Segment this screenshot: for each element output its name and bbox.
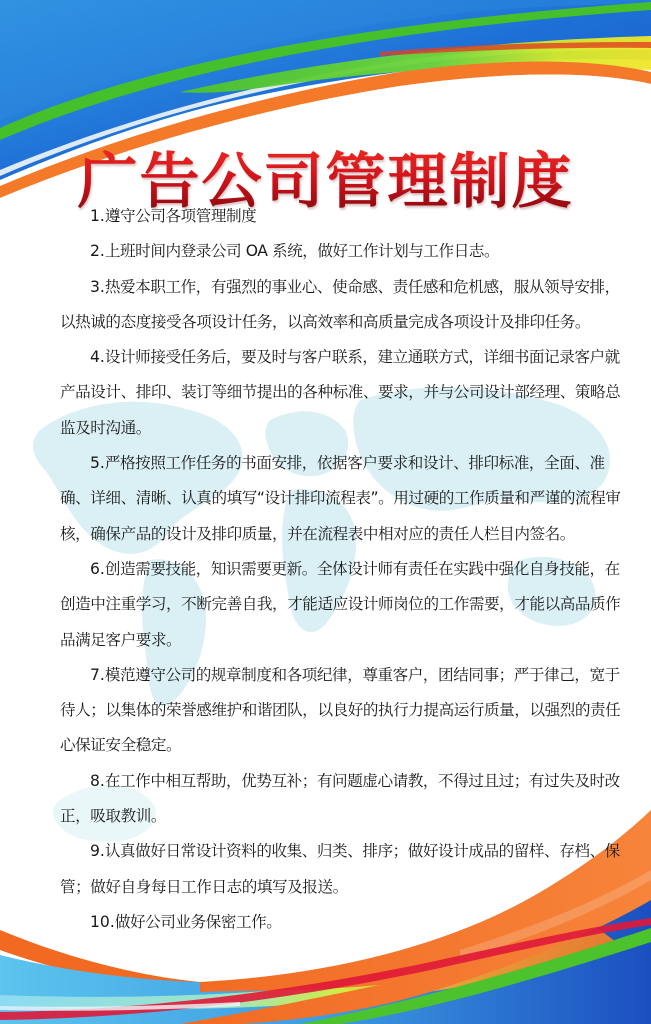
clause-text: 在工作中相互帮助，优势互补；有问题虚心请教，不得过且过；有过失及时改正，吸取教训… — [60, 772, 620, 825]
clause-text: 做好公司业务保密工作。 — [115, 913, 282, 931]
clause-number: 2. — [90, 242, 105, 260]
clause-number: 1. — [90, 207, 105, 225]
clause-8: 8.在工作中相互帮助，优势互补；有问题虚心请教，不得过且过；有过失及时改正，吸取… — [60, 764, 626, 835]
clause-number: 7. — [90, 666, 105, 684]
clause-text: 严格按照工作任务的书面安排，依据客户要求和设计、排印标准，全面、准确、详细、清晰… — [60, 454, 620, 543]
clause-text: 模范遵守公司的规章制度和各项纪律，尊重客户，团结同事；严于律己，宽于待人；以集体… — [60, 666, 620, 755]
clause-number: 5. — [90, 454, 105, 472]
clause-text: 创造需要技能，知识需要更新。全体设计师有责任在实践中强化自身技能，在创造中注重学… — [60, 560, 620, 649]
clause-number: 3. — [90, 278, 105, 296]
clause-text: 热爱本职工作，有强烈的事业心、使命感、责任感和危机感，服从领导安排，以热诚的态度… — [60, 278, 620, 331]
clause-1: 1.遵守公司各项管理制度 — [60, 199, 626, 234]
clause-10: 10.做好公司业务保密工作。 — [60, 905, 626, 940]
clause-number: 9. — [90, 842, 105, 860]
clause-4: 4.设计师接受任务后，要及时与客户联系，建立通联方式，详细书面记录客户就产品设计… — [60, 340, 626, 446]
clause-text: 认真做好日常设计资料的收集、归类、排序；做好设计成品的留样、存档、保管；做好自身… — [60, 842, 620, 895]
clause-5: 5.严格按照工作任务的书面安排，依据客户要求和设计、排印标准，全面、准确、详细、… — [60, 446, 626, 552]
clause-number: 8. — [90, 772, 105, 790]
clause-text: 设计师接受任务后，要及时与客户联系，建立通联方式，详细书面记录客户就产品设计、排… — [60, 348, 620, 437]
policy-poster: 广告公司管理制度 1.遵守公司各项管理制度 2.上班时间内登录公司 OA 系统，… — [0, 0, 651, 1024]
clause-list: 1.遵守公司各项管理制度 2.上班时间内登录公司 OA 系统，做好工作计划与工作… — [60, 199, 626, 940]
clause-3: 3.热爱本职工作，有强烈的事业心、使命感、责任感和危机感，服从领导安排，以热诚的… — [60, 270, 626, 341]
clause-number: 10. — [90, 913, 115, 931]
clause-number: 4. — [90, 348, 105, 366]
clause-9: 9.认真做好日常设计资料的收集、归类、排序；做好设计成品的留样、存档、保管；做好… — [60, 834, 626, 905]
clause-6: 6.创造需要技能，知识需要更新。全体设计师有责任在实践中强化自身技能，在创造中注… — [60, 552, 626, 658]
clause-text: 遵守公司各项管理制度 — [105, 207, 256, 225]
clause-2: 2.上班时间内登录公司 OA 系统，做好工作计划与工作日志。 — [60, 234, 626, 269]
clause-7: 7.模范遵守公司的规章制度和各项纪律，尊重客户，团结同事；严于律己，宽于待人；以… — [60, 658, 626, 764]
clause-number: 6. — [90, 560, 105, 578]
clause-text: 上班时间内登录公司 OA 系统，做好工作计划与工作日志。 — [105, 242, 499, 260]
